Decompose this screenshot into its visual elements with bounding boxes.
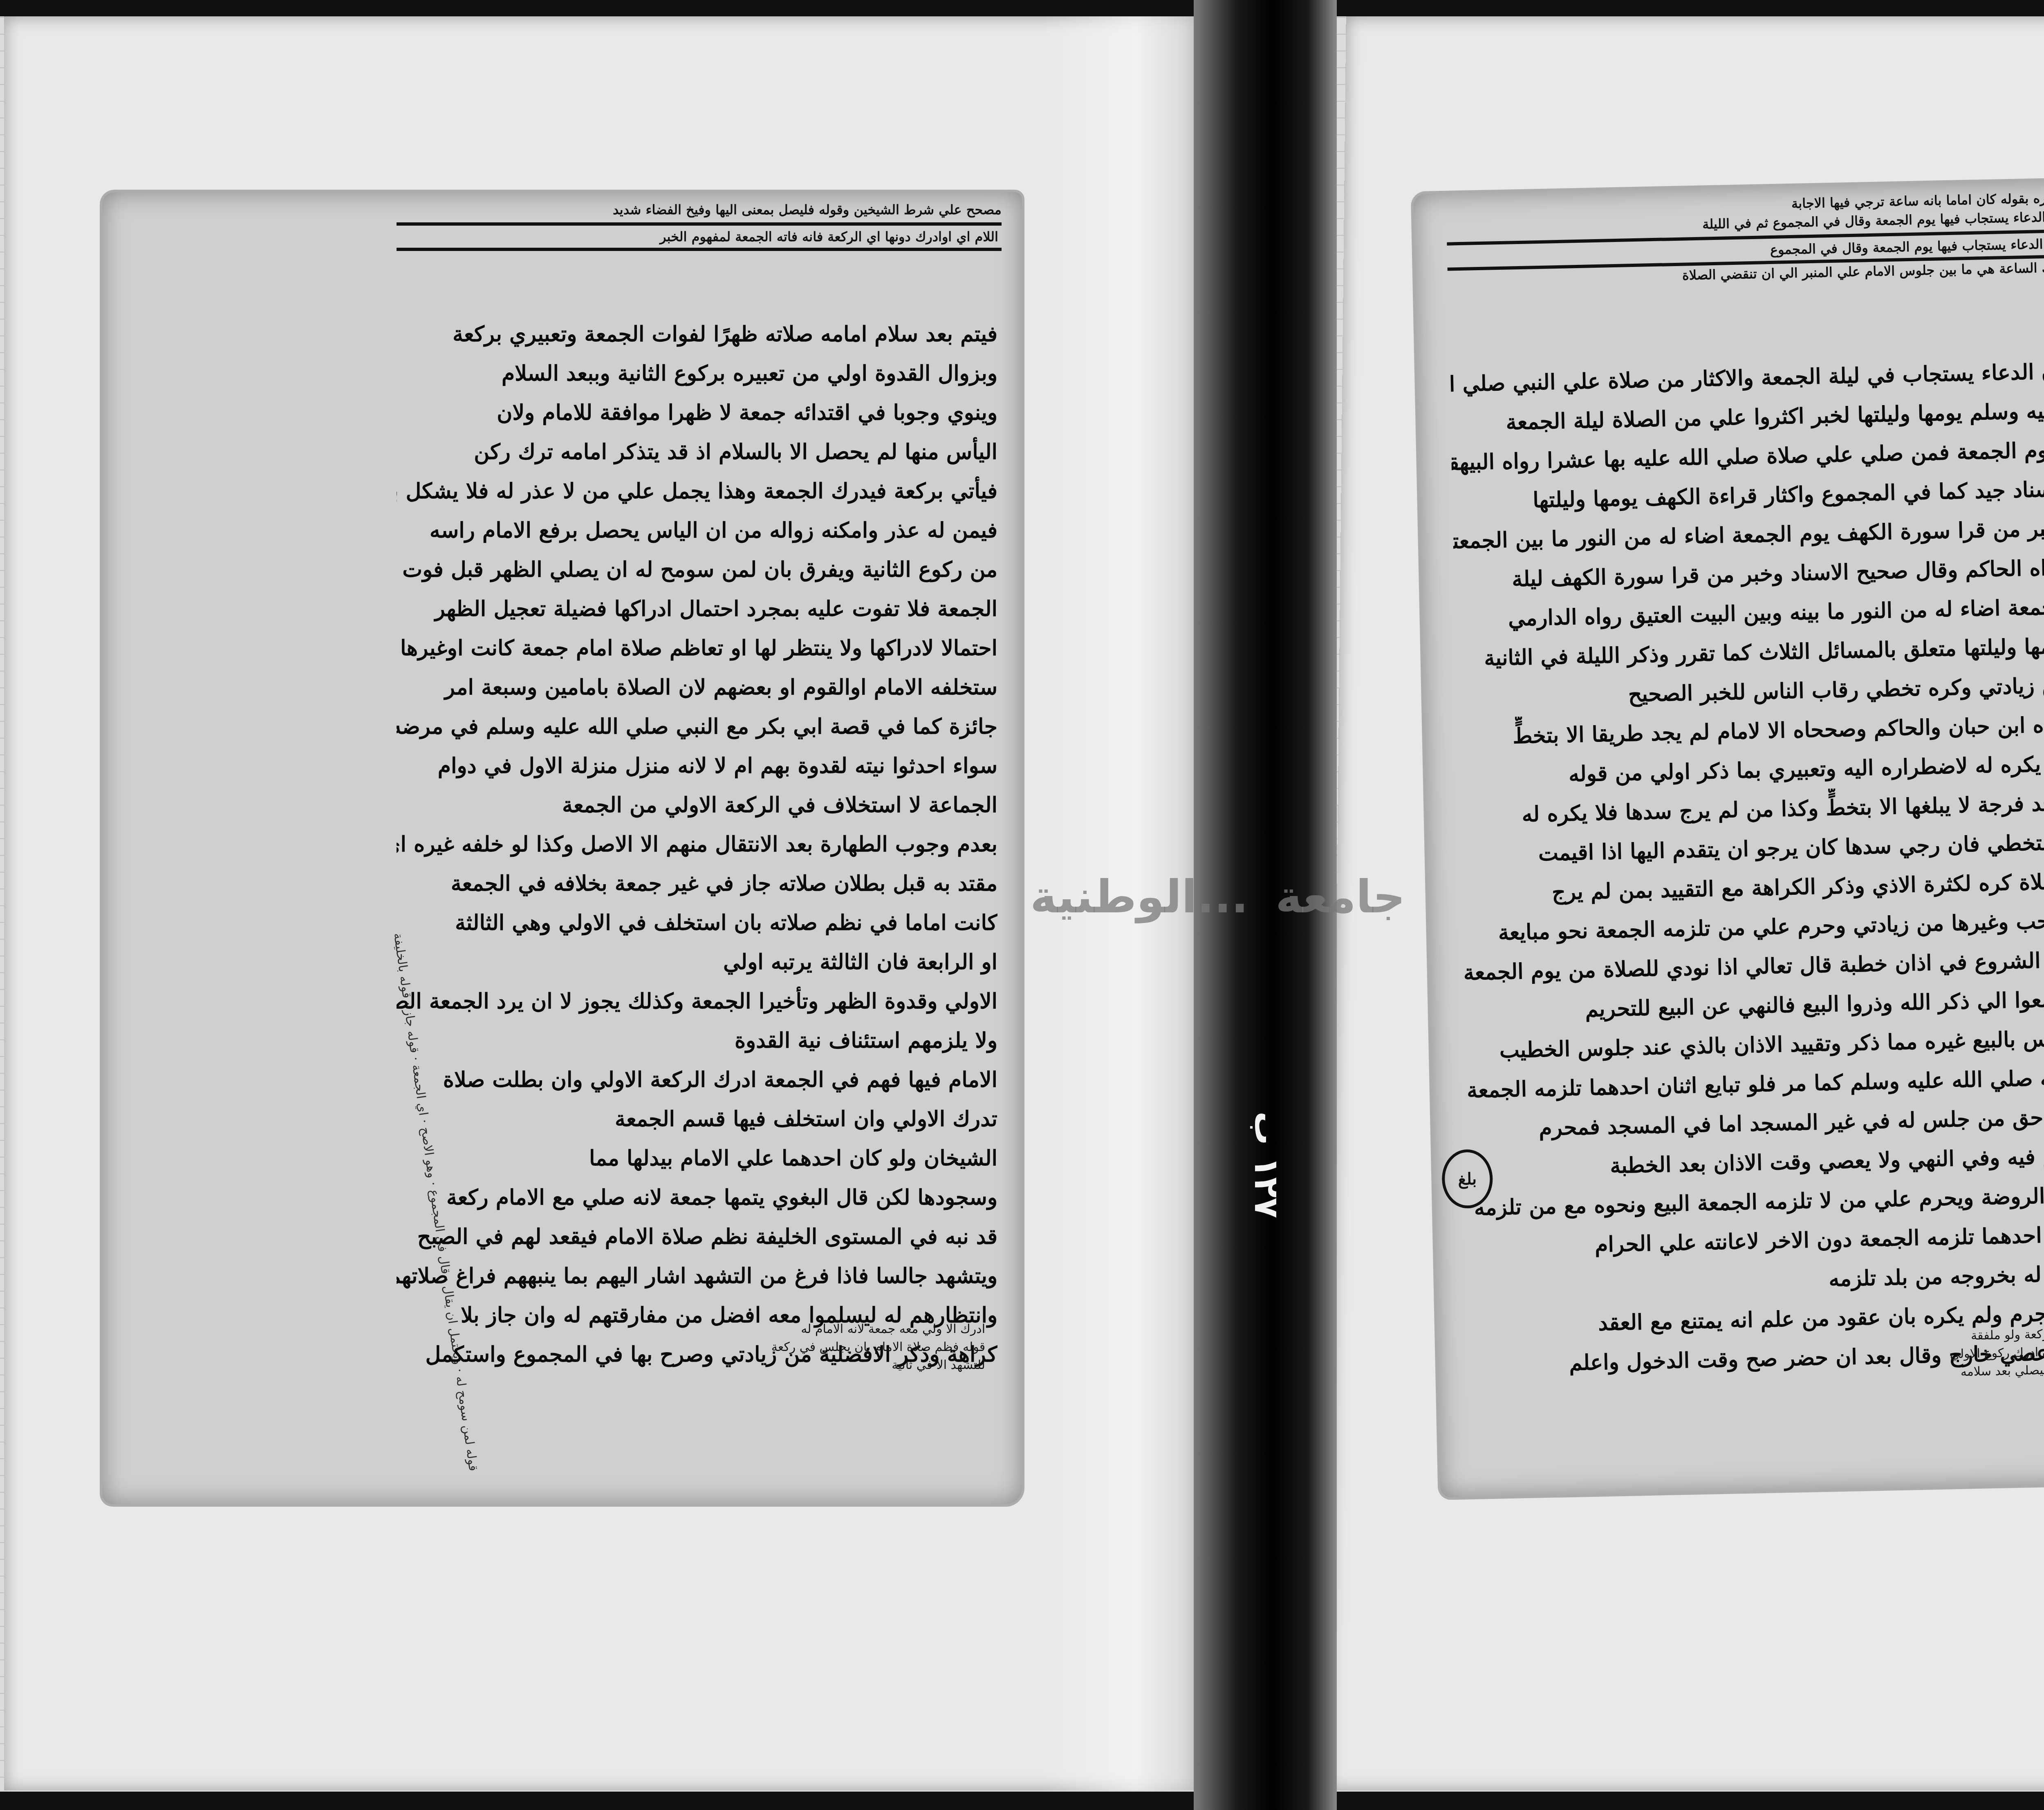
top-note-line-ruled: اللام اي اوادرك دونها اي الركعة فانه فات… — [397, 222, 1002, 251]
text-line: فيمن له عذر وامكنه زواله من ان الياس يحص… — [397, 511, 997, 550]
text-line: مقتد به قبل بطلان صلاته جاز في غير جمعة … — [397, 864, 997, 903]
bottom-note-line: للتشهد الا في ثانية — [127, 1356, 985, 1374]
text-line: وينوي وجوبا في اقتدائه جمعة لا ظهرا مواف… — [397, 393, 997, 432]
bottom-note-line: قوله فظم صلاة الامام بان يجلس في ركعة — [127, 1338, 985, 1356]
left-page-top-notes: مصحح علي شرط الشيخين وقوله فليصل بمعنى ا… — [397, 200, 1002, 251]
text-line: الامام فيها فهم في الجمعة ادرك الركعة ال… — [397, 1060, 997, 1100]
text-line: ستخلفه الامام اوالقوم او بعضهم لان الصلا… — [397, 668, 997, 707]
text-line: الشيخان ولو كان احدهما علي الامام بيدلها… — [397, 1139, 997, 1178]
bottom-note-line: ادرك الا ولي معه جمعة لانه الامام له — [127, 1320, 985, 1338]
left-page-main-text: فيتم بعد سلام امامه صلاته ظهرًا لفوات ال… — [397, 315, 997, 1374]
text-line: سواء احدثوا نيته لقدوة بهم ام لا لانه من… — [397, 746, 997, 786]
text-line: الجماعة لا استخلاف في الركعة الاولي من ا… — [397, 786, 997, 825]
text-line: او الرابعة فان الثالثة يرتبه اولي — [397, 943, 997, 982]
library-watermark-right: جامعة — [1275, 871, 1405, 923]
text-line: تدرك الاولي وان استخلف فيها قسم الجمعة — [397, 1100, 997, 1139]
text-line: فيتم بعد سلام امامه صلاته ظهرًا لفوات ال… — [397, 315, 997, 354]
text-line: كانت اماما في نظم صلاته بان استخلف في ال… — [397, 903, 997, 943]
text-line: ولا يلزمهم استئناف نية القدوة — [397, 1021, 997, 1060]
left-manuscript-page: قوله لمن سومح له · ويحتمل ان يقال · قال … — [102, 192, 1022, 1504]
text-line: من ركوع الثانية ويفرق بان لمن سومح له ان… — [397, 550, 997, 589]
text-line: بعدم وجوب الطهارة بعد الانتقال منهم الا … — [397, 825, 997, 864]
top-note-line: مصحح علي شرط الشيخين وقوله فليصل بمعنى ا… — [397, 200, 1002, 219]
right-page-top-notes: ذكره بقوله كان اماما بانه ساعة ترجي فيها… — [1446, 188, 2044, 289]
text-line: احتمالا لادراكها ولا ينتظر لها او تعاظم … — [397, 629, 997, 668]
text-line: اليأس منها لم يحصل الا بالسلام اذ قد يتذ… — [397, 432, 997, 472]
library-watermark-left: ...الوطنية — [1030, 871, 1248, 923]
film-frame-bottom-edge — [0, 1792, 2044, 1810]
right-page-bottom-notes: قوله ركعة ولو ملفقة اي بان ادرك ركوع الا… — [1461, 1325, 2044, 1485]
text-line: الاولي وقدوة الظهر وتأخيرا الجمعة وكذلك … — [397, 982, 997, 1021]
right-page-main-text: ان الدعاء يستجاب في ليلة الجمعة والاكثار… — [1450, 352, 2044, 1385]
text-line: وبزوال القدوة اولي من تعبيره بركوع الثان… — [397, 354, 997, 393]
text-line: الجمعة فلا تفوت عليه بمجرد احتمال ادراكه… — [397, 589, 997, 629]
text-line: جائزة كما في قصة ابي بكر مع النبي صلي ال… — [397, 707, 997, 746]
seal-text: بلغ — [1458, 1169, 1477, 1189]
folio-number: ١٢٧ ب — [1249, 1083, 1286, 1247]
text-line: قد نبه في المستوى الخليفة نظم صلاة الاما… — [397, 1217, 997, 1257]
left-page-bottom-notes: ادرك الا ولي معه جمعة لانه الامام له قول… — [127, 1320, 985, 1492]
film-frame-top-edge — [0, 0, 2044, 16]
text-line: فيأتي بركعة فيدرك الجمعة وهذا يجمل علي م… — [397, 472, 997, 511]
text-line: ويتشهد جالسا فاذا فرغ من التشهد اشار الي… — [397, 1257, 997, 1296]
right-manuscript-page: ذكره بقوله كان اماما بانه ساعة ترجي فيها… — [1413, 174, 2044, 1497]
text-line: وسجودها لكن قال البغوي يتمها جمعة لانه ص… — [397, 1178, 997, 1217]
